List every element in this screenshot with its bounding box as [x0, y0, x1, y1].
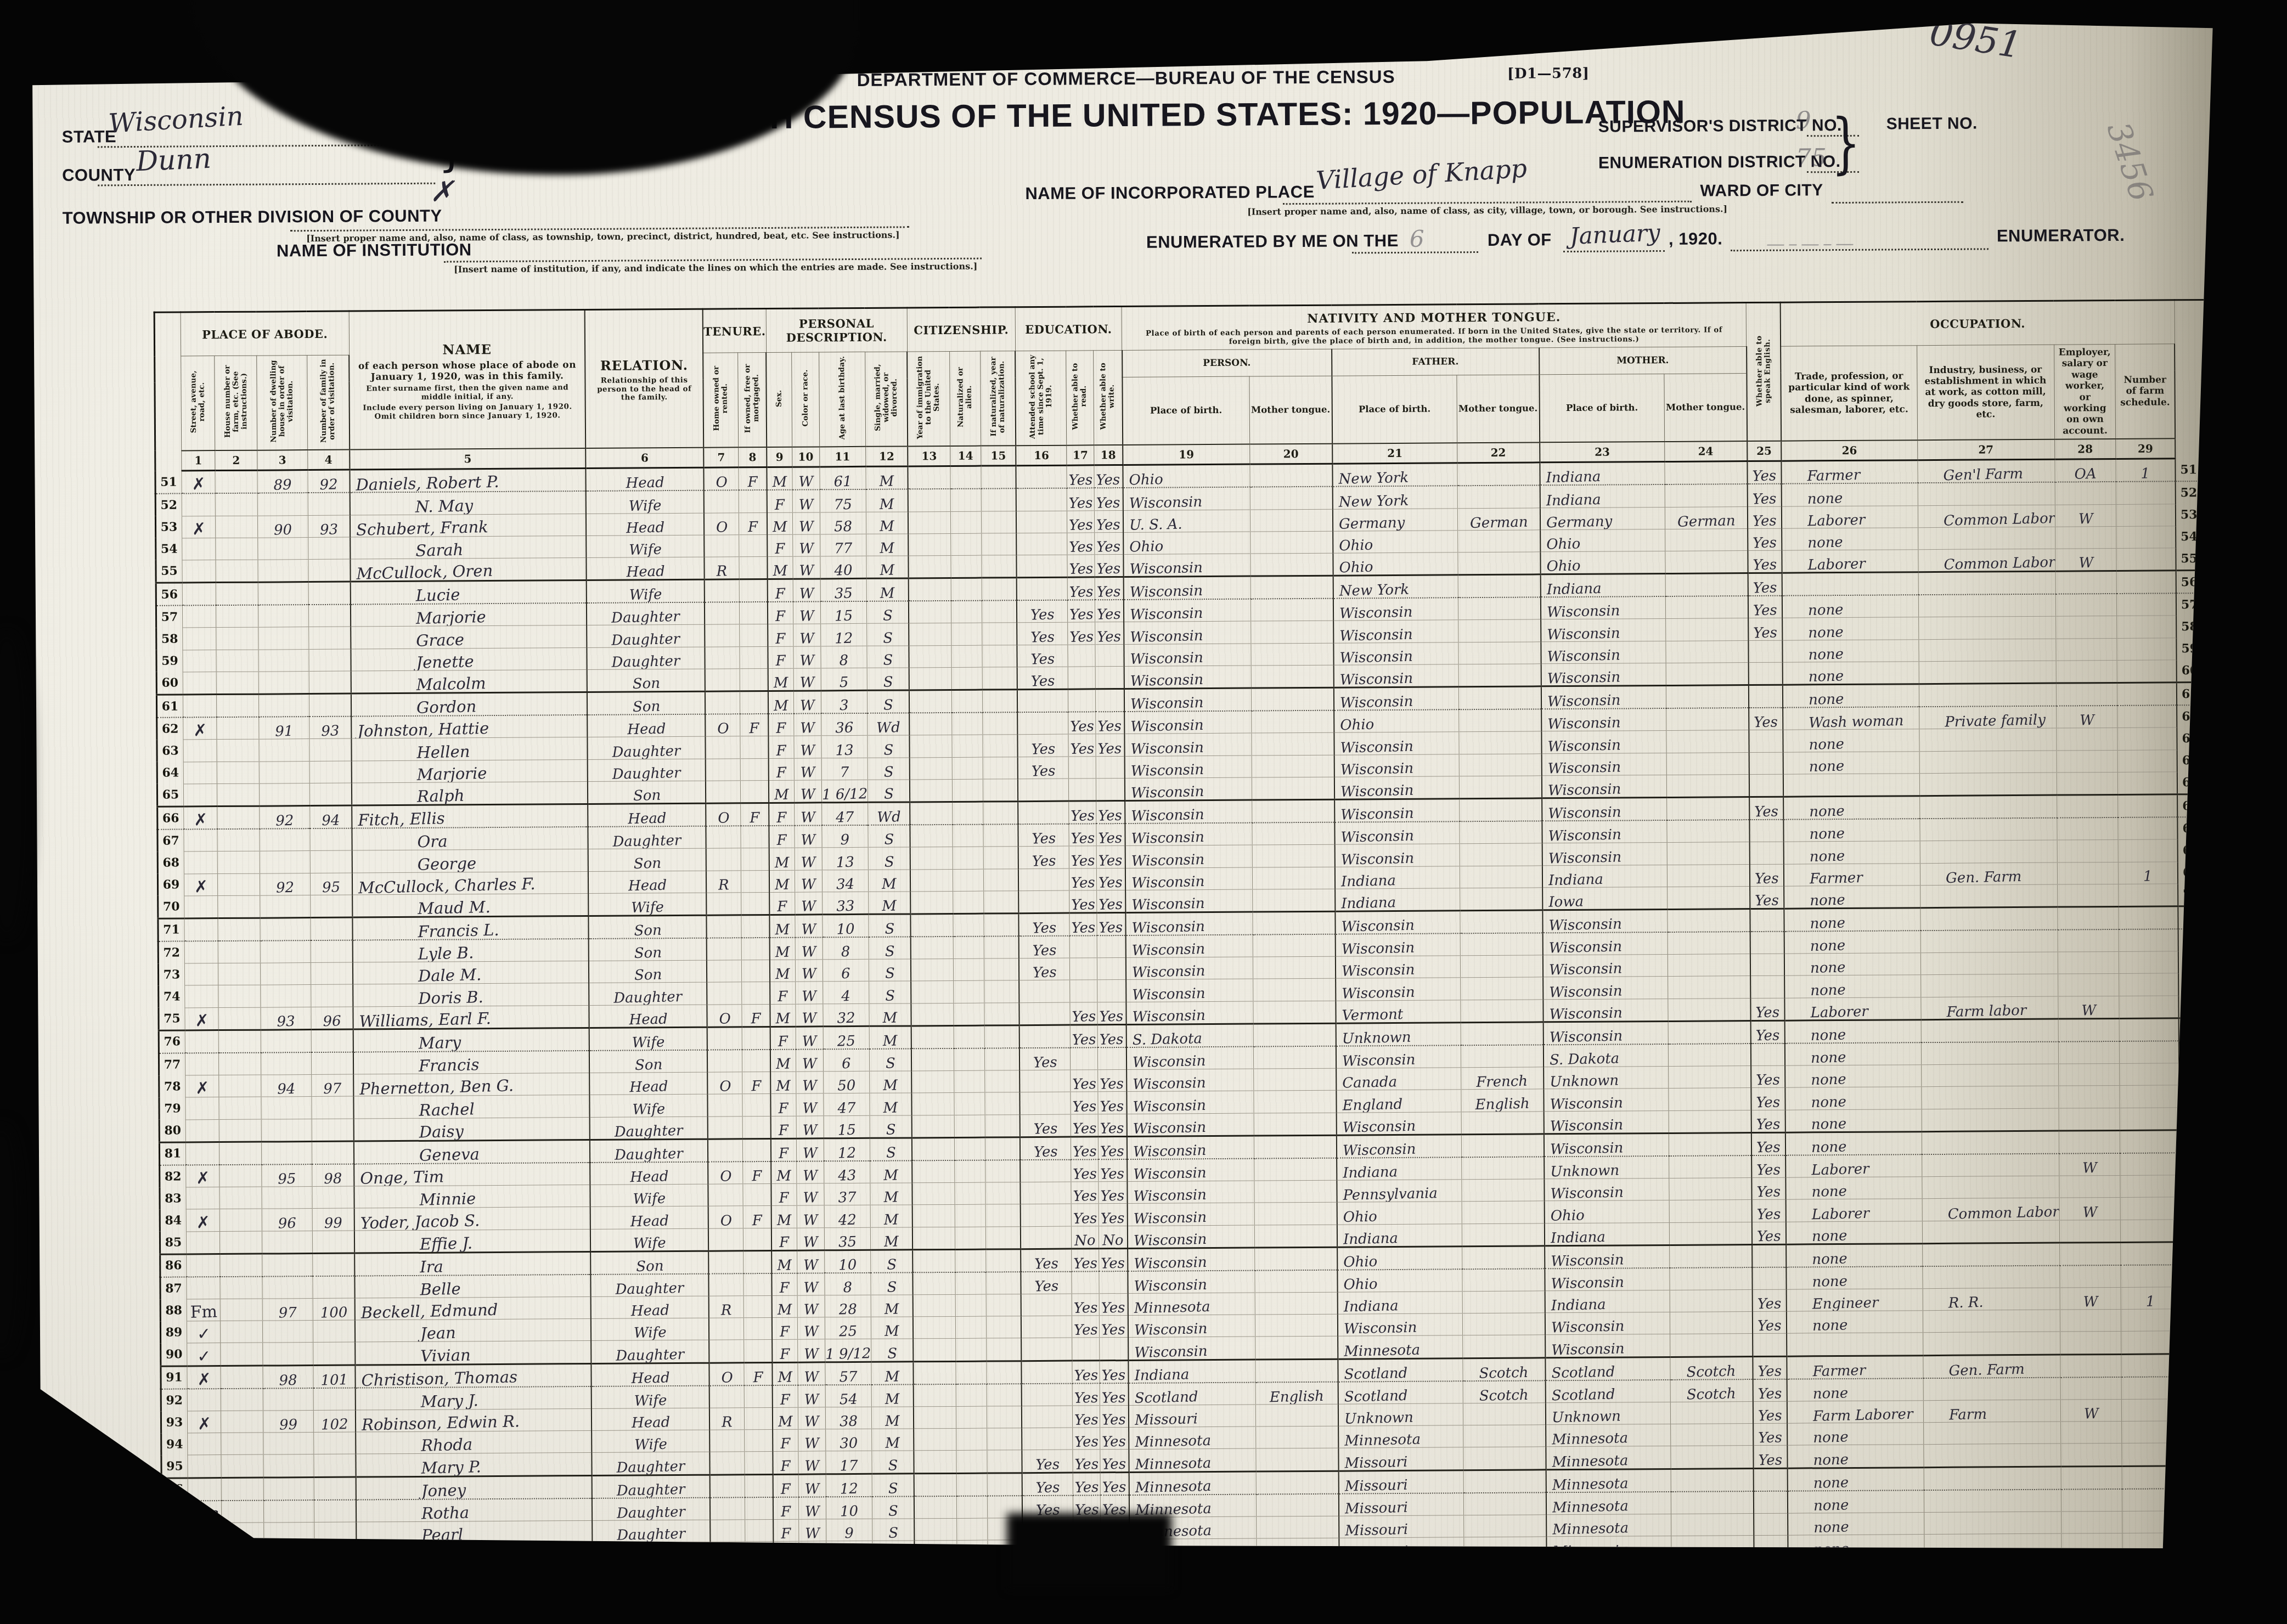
cell-71-st	[184, 918, 218, 941]
cell-88-pt	[1255, 1292, 1337, 1315]
cell-56-mb: Indiana	[1540, 574, 1665, 597]
cell-65-fm	[741, 780, 769, 803]
cell-92-ag: 54	[825, 1385, 871, 1407]
cell-83-en: Yes	[1751, 1177, 1786, 1200]
cell-81-st	[185, 1142, 219, 1165]
cell-84-mb: Ohio	[1544, 1200, 1669, 1223]
cell-90-im	[913, 1339, 955, 1362]
cell-100-rel: Son	[593, 1564, 711, 1587]
cell-99-na	[957, 1540, 988, 1563]
line-number-right-54: 54	[2176, 526, 2207, 548]
column-number-27: 27	[1917, 439, 2054, 460]
cell-97-rel: Daughter	[592, 1497, 710, 1520]
cell-75-im	[911, 1003, 954, 1026]
cell-98-in	[1924, 1512, 2061, 1535]
cell-78-ag: 50	[823, 1072, 869, 1094]
cell-89-ms: M	[871, 1317, 913, 1339]
cell-87-na	[955, 1272, 986, 1294]
cell-79-nm: Rachel	[354, 1095, 590, 1119]
cell-72-rd	[1069, 935, 1097, 958]
cell-87-wr	[1099, 1271, 1128, 1294]
cell-57-cl	[2055, 594, 2117, 616]
cell-84-dw: 96	[262, 1209, 312, 1231]
cell-85-in	[1922, 1220, 2059, 1244]
cell-55-en: Yes	[1748, 550, 1782, 573]
cell-86-en	[1752, 1244, 1787, 1267]
cell-92-en: Yes	[1753, 1379, 1787, 1401]
section-occupation: OCCUPATION.	[1781, 300, 2175, 346]
cell-88-oc: Engineer	[1787, 1289, 1923, 1312]
cell-58-pt	[1251, 621, 1333, 644]
cell-94-hn	[221, 1433, 263, 1455]
cell-58-mt	[1666, 618, 1748, 641]
cell-96-rd: Yes	[1073, 1472, 1100, 1495]
cell-70-mb: Iowa	[1542, 887, 1668, 910]
cell-81-na	[954, 1137, 985, 1160]
cell-88-co: W	[797, 1295, 825, 1317]
cell-55-fs	[2116, 548, 2176, 571]
cell-95-oc: none	[1787, 1445, 1923, 1468]
cell-83-in	[1922, 1176, 2059, 1199]
cell-79-ny	[985, 1092, 1020, 1115]
cell-98-im	[914, 1518, 956, 1541]
cell-72-sx: M	[770, 938, 795, 960]
cell-88-mt	[1670, 1290, 1752, 1312]
cell-78-im	[911, 1071, 954, 1093]
cell-64-fa	[309, 761, 352, 783]
cell-96-pb: Minnesota	[1129, 1471, 1256, 1495]
cell-57-fs	[2117, 594, 2176, 616]
cell-77-en	[1750, 1044, 1785, 1066]
line-number-left-55: 55	[156, 560, 182, 583]
cell-55-mb: Ohio	[1540, 551, 1665, 574]
edition-print: 11—978	[169, 1509, 220, 1521]
cell-75-rd: Yes	[1070, 1002, 1097, 1024]
cell-54-cl	[2055, 526, 2116, 549]
cell-74-cl	[2058, 974, 2119, 996]
section-education: EDUCATION.	[1015, 307, 1122, 351]
line-number-right-87: 87	[2180, 1265, 2211, 1287]
cell-60-rd	[1068, 667, 1095, 689]
cell-72-cl	[2058, 929, 2119, 952]
cell-99-st	[188, 1545, 222, 1567]
cell-87-mt	[1670, 1267, 1752, 1290]
cell-77-ag: 6	[823, 1049, 869, 1072]
line-number-left-65: 65	[157, 784, 183, 807]
cell-56-fm	[739, 579, 768, 602]
line-number-right-58: 58	[2176, 616, 2207, 638]
cell-67-mt	[1667, 820, 1749, 843]
cell-63-fm	[740, 736, 769, 759]
cell-55-ow: R	[705, 557, 740, 580]
cell-71-rel: Son	[589, 915, 707, 939]
cell-88-cl: W	[2060, 1287, 2121, 1310]
cell-82-ag: 43	[824, 1161, 870, 1183]
margin-note-62: 922	[2204, 705, 2207, 717]
cell-71-hn	[218, 918, 260, 941]
line-number-left-66: 66	[157, 807, 184, 830]
line-number-right-59: 59	[2176, 638, 2207, 660]
cell-97-na	[956, 1496, 987, 1518]
cell-83-im	[912, 1183, 955, 1205]
line-number-left-63: 63	[157, 740, 183, 762]
cell-100-ag: 5	[826, 1563, 872, 1586]
column-number-21: 21	[1332, 443, 1457, 464]
cell-92-na	[956, 1384, 987, 1406]
cell-71-sx: M	[770, 915, 795, 938]
cell-82-fa: 98	[312, 1164, 354, 1187]
cell-93-cl: W	[2060, 1399, 2122, 1422]
cell-60-ow	[705, 669, 740, 692]
cell-69-mb: Indiana	[1542, 865, 1667, 888]
cell-80-in	[1922, 1108, 2059, 1132]
cell-75-in: Farm labor	[1920, 996, 2058, 1020]
cell-81-rel: Daughter	[590, 1139, 708, 1163]
cell-73-ow	[707, 960, 742, 983]
column-immigration-year: Year of immigration to the United States…	[907, 351, 950, 446]
cell-91-pb: Indiana	[1128, 1360, 1255, 1383]
cell-90-oc	[1787, 1333, 1923, 1356]
cell-62-oc: Wash woman	[1783, 707, 1919, 730]
cell-80-co: W	[796, 1115, 824, 1138]
cell-71-dw	[260, 917, 311, 940]
cell-92-hn	[221, 1388, 263, 1411]
cell-79-ms: M	[870, 1093, 912, 1115]
cell-69-rel: Head	[588, 871, 706, 894]
cell-85-rel: Wife	[590, 1228, 708, 1252]
cell-96-rel: Daughter	[592, 1475, 710, 1498]
column-naturalized: Naturalized or alien.	[950, 351, 981, 446]
cell-80-sc: Yes	[1020, 1114, 1071, 1137]
cell-81-ag: 12	[824, 1138, 870, 1161]
cell-75-hn	[218, 1007, 261, 1030]
cell-53-oc: Laborer	[1782, 505, 1918, 528]
cell-52-ag: 75	[820, 489, 866, 512]
cell-64-mb: Wisconsin	[1541, 753, 1666, 776]
cell-60-cl	[2056, 660, 2117, 683]
column-home-owned: Home owned or rented.	[703, 353, 739, 448]
cell-78-en: Yes	[1751, 1065, 1785, 1088]
cell-69-mt	[1667, 864, 1749, 887]
cell-71-pt	[1253, 911, 1335, 935]
cell-93-pt	[1255, 1404, 1338, 1426]
cell-95-co: W	[798, 1451, 825, 1474]
column-able-to-read: Whether able to read.	[1066, 351, 1094, 446]
cell-67-nm: Ora	[352, 827, 588, 850]
cell-79-fa	[312, 1096, 354, 1119]
cell-65-in	[1919, 772, 2057, 796]
cell-97-mb: Minnesota	[1546, 1492, 1671, 1515]
cell-72-fb: Wisconsin	[1335, 933, 1460, 956]
cell-71-ft	[1460, 910, 1542, 934]
cell-64-pb: Wisconsin	[1124, 755, 1252, 779]
cell-79-im	[912, 1093, 954, 1115]
cell-82-fb: Indiana	[1337, 1157, 1462, 1180]
cell-94-mt	[1671, 1424, 1753, 1446]
cell-54-oc: none	[1782, 527, 1918, 550]
cell-78-pb: Wisconsin	[1126, 1069, 1254, 1092]
cell-57-ow	[705, 602, 740, 625]
cell-69-rd: Yes	[1069, 868, 1096, 890]
cell-67-na	[953, 825, 983, 847]
cell-76-co: W	[796, 1027, 823, 1050]
cell-69-fb: Indiana	[1334, 866, 1460, 889]
cell-82-im	[912, 1160, 954, 1183]
cell-59-rd	[1068, 644, 1095, 666]
line-number-right-96: 96	[2182, 1465, 2213, 1488]
cell-83-ft	[1462, 1179, 1544, 1202]
cell-66-fm: F	[741, 803, 769, 826]
cell-79-mt	[1669, 1088, 1751, 1110]
cell-89-im	[913, 1317, 955, 1339]
line-number-right-60: 60	[2177, 659, 2208, 683]
column-number-13: 13	[908, 446, 950, 466]
cell-89-st: ✓	[187, 1321, 221, 1344]
cell-75-ms: M	[869, 1003, 911, 1027]
cell-54-ny	[982, 533, 1017, 555]
cell-72-fm	[741, 938, 770, 960]
cell-88-mb: Indiana	[1545, 1290, 1670, 1313]
cell-64-dw	[259, 761, 309, 783]
cell-83-rd: Yes	[1071, 1182, 1099, 1204]
cell-98-cl	[2061, 1511, 2122, 1533]
cell-94-rd: Yes	[1073, 1428, 1100, 1450]
cell-54-rel: Wife	[586, 535, 704, 558]
cell-94-sc	[1022, 1428, 1073, 1450]
cell-95-im	[914, 1451, 956, 1474]
cell-63-cl	[2056, 728, 2117, 751]
cell-70-rel: Wife	[588, 893, 706, 916]
column-employer-class: Employer, salary or wage worker, or work…	[2054, 344, 2116, 439]
cell-53-pt	[1250, 509, 1332, 532]
cell-96-fm	[745, 1474, 773, 1497]
state-value: Wisconsin	[108, 100, 244, 139]
cell-57-fb: Wisconsin	[1333, 598, 1458, 621]
cell-89-fm	[744, 1318, 773, 1340]
cell-99-ms: S	[872, 1541, 915, 1563]
cell-62-co: W	[793, 714, 821, 736]
handwritten-side-number: 3456	[2099, 117, 2160, 206]
cell-61-fm	[740, 691, 769, 714]
cell-91-sc	[1022, 1361, 1072, 1384]
cell-53-mt: German	[1665, 506, 1747, 529]
line-number-right-93: 93	[2181, 1399, 2212, 1421]
line-number-left-64: 64	[157, 762, 183, 784]
cell-56-co: W	[793, 579, 820, 602]
cell-80-ft	[1461, 1111, 1544, 1134]
cell-66-rel: Head	[588, 803, 706, 827]
cell-79-ow	[708, 1094, 743, 1116]
cell-51-fa: 92	[308, 470, 350, 493]
cell-52-oc: none	[1782, 483, 1918, 506]
cell-79-st	[185, 1097, 219, 1120]
mother-place-of-birth-label: Place of birth.	[1539, 374, 1665, 442]
cell-56-sx: F	[768, 579, 793, 602]
cell-81-rd: Yes	[1071, 1137, 1098, 1160]
cell-61-wr	[1095, 689, 1124, 712]
line-number-right-91: 91	[2181, 1354, 2212, 1377]
cell-82-ny	[985, 1160, 1021, 1182]
cell-85-en: Yes	[1751, 1222, 1786, 1245]
mother-mother-tongue-label: Mother tongue.	[1664, 373, 1747, 442]
cell-73-mb: Wisconsin	[1542, 955, 1668, 978]
cell-80-oc: none	[1785, 1109, 1922, 1132]
cell-85-ms: M	[870, 1227, 912, 1250]
cell-52-mt	[1665, 484, 1747, 507]
cell-75-sc	[1019, 1002, 1070, 1025]
cell-83-sx: F	[771, 1183, 796, 1205]
column-free-mortgaged: If owned, free or mortgaged.	[738, 352, 767, 447]
cell-80-hn	[219, 1119, 262, 1142]
line-number-gutter-left	[154, 312, 182, 471]
line-number-right-66: 66	[2177, 794, 2209, 817]
cell-72-fs	[2119, 929, 2178, 951]
cell-77-sx: M	[770, 1050, 796, 1072]
cell-93-ow: R	[709, 1408, 745, 1430]
cell-60-fs	[2117, 660, 2177, 683]
cell-85-cl	[2059, 1220, 2121, 1243]
cell-87-cl	[2059, 1265, 2121, 1288]
cell-91-nm: Christison, Thomas	[356, 1363, 592, 1388]
cell-86-hn	[220, 1254, 262, 1277]
cell-78-sc	[1020, 1070, 1071, 1092]
cell-68-mb: Wisconsin	[1542, 843, 1667, 866]
cell-100-fb: Missouri	[1339, 1559, 1464, 1583]
cell-71-ag: 10	[823, 914, 869, 937]
cell-83-st	[186, 1187, 220, 1210]
cell-63-st	[183, 740, 217, 762]
line-number-gutter-right	[2175, 300, 2206, 458]
cell-68-rel: Son	[588, 848, 706, 871]
cell-73-ms: S	[869, 959, 911, 982]
cell-73-en	[1750, 954, 1784, 976]
cell-52-ow	[704, 490, 739, 513]
cell-96-ag: 12	[826, 1474, 872, 1497]
cell-91-im	[914, 1361, 956, 1384]
cell-82-nm: Onge, Tim	[354, 1163, 590, 1186]
cell-51-mt	[1665, 461, 1747, 485]
binding-shadow-2	[0, 1125, 22, 1355]
cell-100-mt	[1671, 1558, 1754, 1581]
cell-93-en: Yes	[1753, 1401, 1787, 1424]
cell-66-ft	[1460, 798, 1542, 822]
column-number-10: 10	[792, 447, 819, 467]
cell-84-ft	[1462, 1201, 1544, 1223]
cell-52-mb: Indiana	[1540, 484, 1665, 507]
cell-67-im	[910, 825, 953, 847]
cell-59-pt	[1251, 643, 1333, 666]
cell-92-im	[914, 1384, 956, 1407]
cell-91-rd: Yes	[1072, 1360, 1100, 1383]
line-number-left-54: 54	[156, 538, 182, 560]
cell-90-fs	[2121, 1331, 2181, 1354]
cell-79-sx: F	[770, 1094, 796, 1116]
cell-95-cl	[2060, 1443, 2122, 1467]
cell-89-fa	[313, 1320, 355, 1343]
cell-97-fb: Missouri	[1338, 1493, 1463, 1516]
cell-86-fm	[743, 1250, 772, 1273]
cell-99-dw	[264, 1544, 314, 1567]
column-naturalization-year: If naturalized, year of naturalization.	[981, 351, 1016, 446]
cell-62-sc	[1018, 712, 1068, 735]
cell-60-pb: Wisconsin	[1124, 666, 1251, 689]
cell-68-ag: 13	[822, 848, 868, 870]
cell-56-nm: Lucie	[351, 580, 587, 605]
cell-62-in: Private family	[1919, 706, 2056, 729]
cell-79-hn	[219, 1097, 261, 1120]
cell-53-pb: U. S. A.	[1123, 510, 1250, 533]
cell-93-sx: M	[773, 1407, 798, 1429]
cell-56-fa	[308, 582, 351, 605]
cell-91-sx: M	[772, 1362, 797, 1385]
cell-81-nm: Geneva	[354, 1140, 590, 1164]
cell-58-ft	[1458, 619, 1541, 642]
line-number-left-97: 97	[161, 1501, 188, 1523]
cell-63-ag: 13	[821, 736, 868, 758]
cell-78-mt	[1669, 1066, 1751, 1089]
cell-58-oc: none	[1782, 617, 1918, 640]
cell-93-st: ✗	[187, 1411, 221, 1434]
cell-80-ms: S	[870, 1115, 912, 1138]
cell-94-wr: Yes	[1100, 1428, 1129, 1450]
cell-52-ny	[981, 489, 1016, 511]
cell-66-fb: Wisconsin	[1334, 799, 1460, 822]
cell-70-fm	[741, 892, 770, 915]
cell-64-in	[1919, 751, 2057, 774]
cell-68-pb: Wisconsin	[1125, 845, 1252, 868]
cell-88-fb: Indiana	[1337, 1292, 1462, 1315]
cell-70-en: Yes	[1750, 886, 1784, 909]
cell-88-fm	[743, 1296, 772, 1318]
cell-61-ow	[705, 691, 740, 714]
cell-76-im	[911, 1025, 954, 1048]
cell-66-hn	[217, 806, 260, 829]
line-number-right-51: 5138	[2175, 459, 2206, 482]
cell-99-ow	[711, 1542, 746, 1564]
cell-67-ow	[706, 826, 741, 848]
cell-82-ms: M	[870, 1160, 912, 1183]
cell-68-fs	[2119, 839, 2178, 862]
cell-67-fa	[310, 828, 352, 851]
cell-89-ny	[986, 1316, 1021, 1339]
cell-52-rel: Wife	[586, 490, 704, 514]
cell-69-nm: McCullock, Charles F.	[352, 871, 588, 895]
cell-89-ft	[1462, 1313, 1545, 1335]
cell-61-mt	[1666, 685, 1748, 709]
cell-53-cl: W	[2055, 504, 2116, 527]
cell-51-na	[950, 466, 981, 489]
line-number-right-57: 57	[2176, 593, 2207, 616]
margin-note-75: 140	[2206, 995, 2210, 1007]
enumerator-label: ENUMERATOR.	[1997, 225, 2125, 246]
cell-74-rel: Daughter	[589, 983, 707, 1006]
cell-81-ow	[708, 1139, 743, 1162]
cell-75-wr: Yes	[1097, 1002, 1126, 1025]
cell-55-pt	[1250, 553, 1333, 576]
cell-71-na	[953, 913, 984, 937]
cell-72-dw	[260, 940, 311, 963]
cell-78-fs	[2120, 1063, 2179, 1086]
cell-51-ms: M	[866, 466, 908, 489]
cell-55-oc: Laborer	[1782, 550, 1918, 573]
cell-70-in	[1920, 884, 2057, 908]
cell-76-mt	[1668, 1020, 1750, 1044]
cell-92-ms: M	[871, 1384, 914, 1407]
cell-65-oc	[1783, 773, 1919, 797]
cell-63-sc: Yes	[1018, 735, 1068, 757]
cell-87-st	[187, 1277, 221, 1299]
cell-84-ny	[985, 1204, 1021, 1227]
